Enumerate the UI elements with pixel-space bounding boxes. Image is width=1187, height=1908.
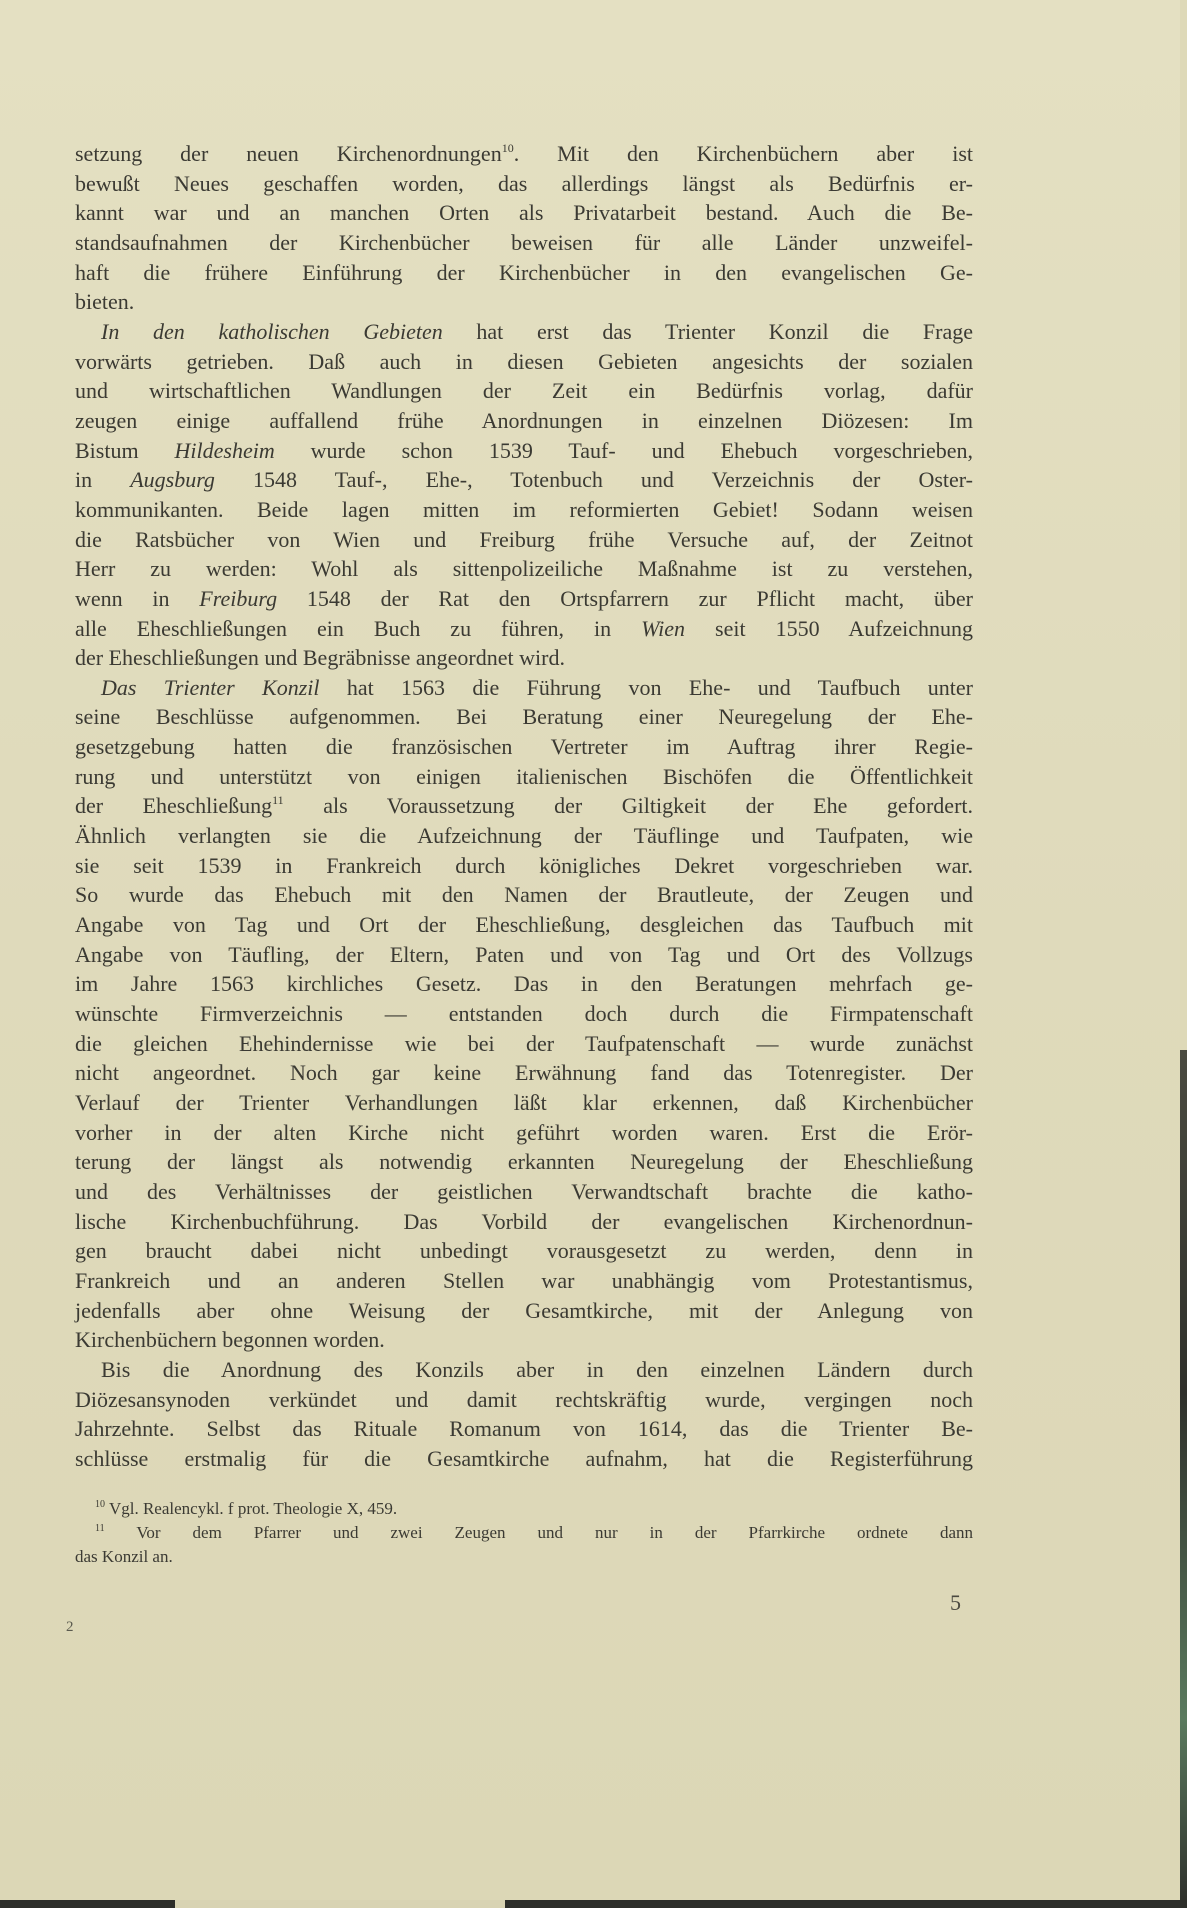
text-line: standsaufnahmen der Kirchenbücher beweis… bbox=[75, 228, 973, 258]
text-line: seine Beschlüsse aufgenommen. Bei Beratu… bbox=[75, 702, 973, 732]
text-line: Bis die Anordnung des Konzils aber in de… bbox=[75, 1355, 973, 1385]
body-text-column: setzung der neuen Kirchenordnungen10. Mi… bbox=[75, 139, 973, 1474]
text-line: zeugen einige auffallend frühe Anordnung… bbox=[75, 406, 973, 436]
text-line: nicht angeordnet. Noch gar keine Erwähnu… bbox=[75, 1058, 973, 1088]
emphasized-term: Wien bbox=[641, 616, 685, 641]
signature-mark: 2 bbox=[66, 1619, 74, 1636]
scan-edge-bottom-light bbox=[175, 1900, 505, 1908]
text-line: sie seit 1539 in Frankreich durch königl… bbox=[75, 851, 973, 881]
text-line: Ähnlich verlangten sie die Aufzeichnung … bbox=[75, 821, 973, 851]
text-line: Bistum Hildesheim wurde schon 1539 Tauf-… bbox=[75, 436, 973, 466]
text-line: Verlauf der Trienter Verhandlungen läßt … bbox=[75, 1088, 973, 1118]
text-line: Angabe von Täufling, der Eltern, Paten u… bbox=[75, 940, 973, 970]
text-line: und wirtschaftlichen Wandlungen der Zeit… bbox=[75, 376, 973, 406]
text-line: rung und unterstützt von einigen italien… bbox=[75, 762, 973, 792]
text-line: Herr zu werden: Wohl als sittenpolizeili… bbox=[75, 554, 973, 584]
text-line: terung der längst als notwendig erkannte… bbox=[75, 1147, 973, 1177]
page-number: 5 bbox=[950, 1590, 961, 1616]
text-line: kannt war und an manchen Orten als Priva… bbox=[75, 198, 973, 228]
text-line: schlüsse erstmalig für die Gesamtkirche … bbox=[75, 1444, 973, 1474]
text-line: gesetzgebung hatten die französischen Ve… bbox=[75, 732, 973, 762]
text-line: Kirchenbüchern begonnen worden. bbox=[75, 1325, 973, 1355]
footnote-number: 10 bbox=[95, 1499, 105, 1510]
text-line: bieten. bbox=[75, 287, 973, 317]
text-line: wenn in Freiburg 1548 der Rat den Ortspf… bbox=[75, 584, 973, 614]
footnote-line: 11 Vor dem Pfarrer und zwei Zeugen und n… bbox=[75, 1521, 973, 1545]
emphasized-term: Augsburg bbox=[130, 467, 215, 492]
footnotes: 10 Vgl. Realencykl. f prot. Theologie X,… bbox=[75, 1497, 973, 1569]
text-line: alle Eheschließungen ein Buch zu führen,… bbox=[75, 614, 973, 644]
book-page: setzung der neuen Kirchenordnungen10. Mi… bbox=[0, 0, 1180, 1900]
footnote-line: 10 Vgl. Realencykl. f prot. Theologie X,… bbox=[75, 1497, 973, 1521]
text-line: vorher in der alten Kirche nicht geführt… bbox=[75, 1118, 973, 1148]
text-line: und des Verhältnisses der geistlichen Ve… bbox=[75, 1177, 973, 1207]
text-line: Frankreich und an anderen Stellen war un… bbox=[75, 1266, 973, 1296]
text-line: vorwärts getrieben. Daß auch in diesen G… bbox=[75, 347, 973, 377]
text-line: jedenfalls aber ohne Weisung der Gesamtk… bbox=[75, 1296, 973, 1326]
text-line: So wurde das Ehebuch mit den Namen der B… bbox=[75, 880, 973, 910]
text-line: gen braucht dabei nicht unbedingt voraus… bbox=[75, 1236, 973, 1266]
text-line: Jahrzehnte. Selbst das Rituale Romanum v… bbox=[75, 1414, 973, 1444]
text-line: kommunikanten. Beide lagen mitten im ref… bbox=[75, 495, 973, 525]
footnote-line: das Konzil an. bbox=[75, 1545, 973, 1569]
text-line: Angabe von Tag und Ort der Eheschließung… bbox=[75, 910, 973, 940]
text-line: haft die frühere Einführung der Kirchenb… bbox=[75, 258, 973, 288]
emphasized-term: In den katholischen Gebieten bbox=[101, 319, 443, 344]
scan-edge-right bbox=[1180, 1050, 1187, 1908]
text-line: In den katholischen Gebieten hat erst da… bbox=[75, 317, 973, 347]
text-line: die gleichen Ehehindernisse wie bei der … bbox=[75, 1029, 973, 1059]
text-line: der Eheschließung11 als Voraussetzung de… bbox=[75, 791, 973, 821]
text-line: bewußt Neues geschaffen worden, das alle… bbox=[75, 169, 973, 199]
footnote-reference: 11 bbox=[272, 793, 284, 807]
text-line: wünschte Firmverzeichnis — entstanden do… bbox=[75, 999, 973, 1029]
text-line: die Ratsbücher von Wien und Freiburg frü… bbox=[75, 525, 973, 555]
text-line: setzung der neuen Kirchenordnungen10. Mi… bbox=[75, 139, 973, 169]
footnote-reference: 10 bbox=[502, 141, 514, 155]
text-line: im Jahre 1563 kirchliches Gesetz. Das in… bbox=[75, 969, 973, 999]
text-line: lische Kirchenbuchführung. Das Vorbild d… bbox=[75, 1207, 973, 1237]
emphasized-term: Das Trienter Konzil bbox=[101, 675, 320, 700]
emphasized-term: Freiburg bbox=[199, 586, 277, 611]
text-line: in Augsburg 1548 Tauf-, Ehe-, Totenbuch … bbox=[75, 465, 973, 495]
text-line: Diözesansynoden verkündet und damit rech… bbox=[75, 1385, 973, 1415]
text-line: Das Trienter Konzil hat 1563 die Führung… bbox=[75, 673, 973, 703]
emphasized-term: Hildesheim bbox=[175, 438, 275, 463]
text-line: der Eheschließungen und Begräbnisse ange… bbox=[75, 643, 973, 673]
footnote-number: 11 bbox=[95, 1523, 105, 1534]
